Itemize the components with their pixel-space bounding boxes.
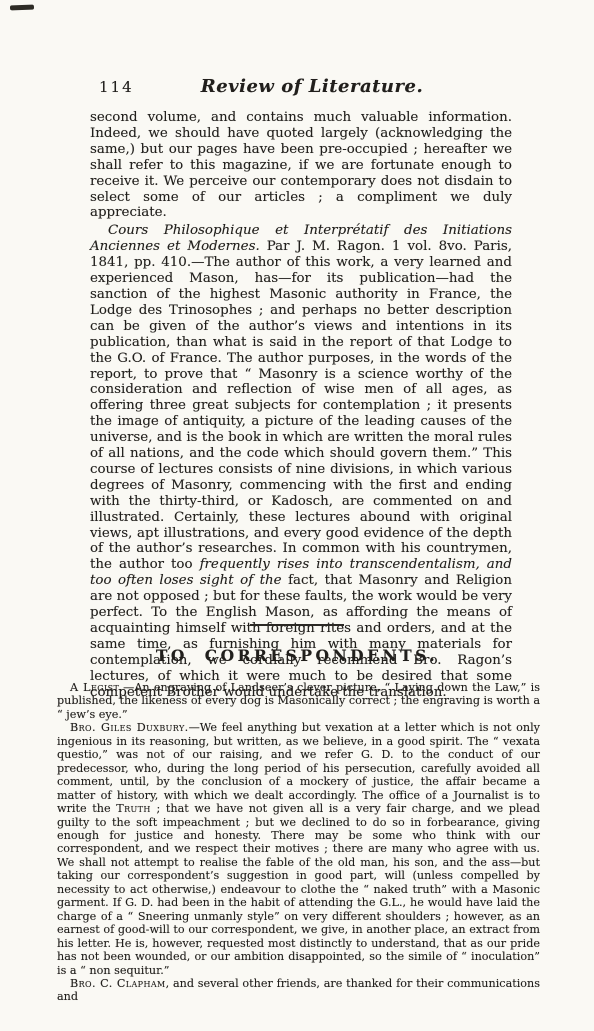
running-head: 114 Review of Literature. [0,76,594,98]
correspondents-heading: TO CORRESPONDENTS. [0,646,594,665]
review-paragraph-ragon: Cours Philosophique et Interprétatif des… [90,223,512,700]
running-title: Review of Literature. [90,76,534,97]
correspondents-section: A Legist.—An engraving of Landseer’s cle… [57,681,540,1004]
scanned-page: 114 Review of Literature. second volume,… [0,0,594,1031]
review-section: second volume, and contains much valuabl… [90,110,512,701]
correspondent-note-duxbury: Bro. Giles Duxbury.—We feel anything but… [57,721,540,977]
review-paragraph-continuation: second volume, and contains much valuabl… [90,110,512,221]
scan-artifact-mark [10,5,34,11]
section-divider-rule [250,624,344,626]
section-divider [0,624,594,626]
correspondent-note-clapham: Bro. C. Clapham, and several other frien… [57,977,540,1004]
correspondent-note-legist: A Legist.—An engraving of Landseer’s cle… [57,681,540,721]
